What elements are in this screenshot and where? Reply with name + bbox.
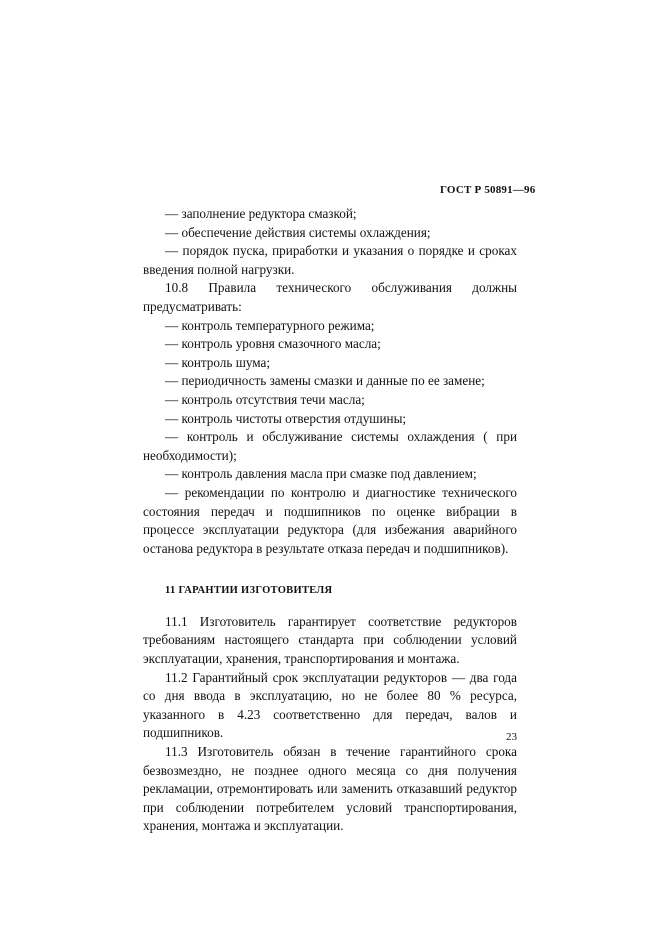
list-item: — порядок пуска, приработки и указания о… [143, 242, 517, 279]
list-item: — контроль и обслуживание системы охлажд… [143, 428, 517, 465]
paragraph-11-1: 11.1 Изготовитель гарантирует соответств… [143, 613, 517, 669]
list-item: — заполнение редуктора смазкой; [143, 205, 517, 224]
list-item: — рекомендации по контролю и диагностике… [143, 484, 517, 558]
section-title: 11 ГАРАНТИИ ИЗГОТОВИТЕЛЯ [143, 582, 517, 601]
paragraph-11-2: 11.2 Гарантийный срок эксплуатации редук… [143, 669, 517, 743]
list-item: — обеспечение действия системы охлаждени… [143, 224, 517, 243]
paragraph-10-8: 10.8 Правила технического обслуживания д… [143, 279, 517, 316]
list-item: — контроль температурного режима; [143, 317, 517, 336]
list-item: — контроль отсутствия течи масла; [143, 391, 517, 410]
list-item: — контроль шума; [143, 354, 517, 373]
list-item: — периодичность замены смазки и данные п… [143, 372, 517, 391]
document-body: — заполнение редуктора смазкой; — обеспе… [143, 205, 517, 836]
page-number: 23 [506, 731, 517, 743]
paragraph-11-3: 11.3 Изготовитель обязан в течение гаран… [143, 743, 517, 836]
list-item: — контроль уровня смазочного масла; [143, 335, 517, 354]
list-item: — контроль давления масла при смазке под… [143, 465, 517, 484]
list-item: — контроль чистоты отверстия отдушины; [143, 410, 517, 429]
document-header-id: ГОСТ Р 50891—96 [440, 184, 535, 196]
